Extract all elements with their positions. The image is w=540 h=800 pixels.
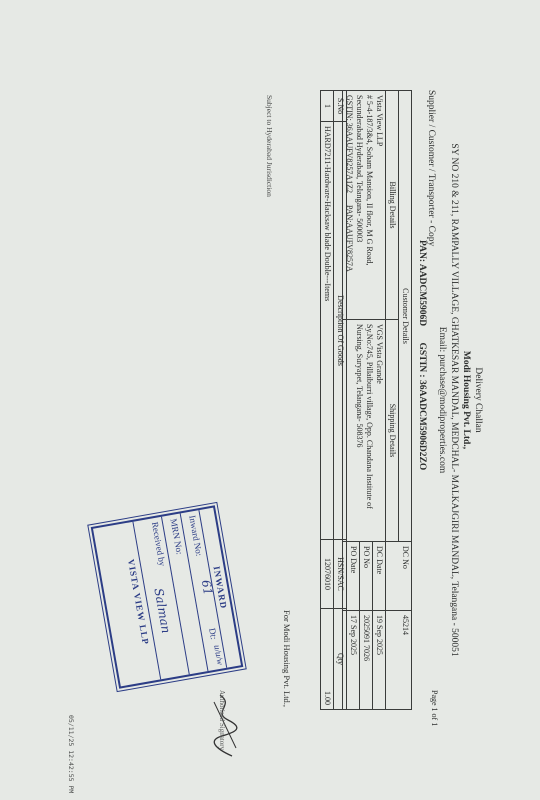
billing-details-header: Billing Details (386, 91, 399, 320)
row-sno: 1 (321, 91, 334, 122)
goods-table: S.No Description Of Goods HSN/SAC Qty 1 … (320, 90, 347, 710)
dc-date-value: 19 Sep 2025 (373, 611, 386, 710)
print-timestamp: 05/11/25 12:42:55 PM (67, 715, 75, 793)
customer-details-header: Customer Details (399, 91, 412, 542)
row-qty: 1.00 (321, 609, 334, 710)
shipping-details: VGS Vista Grande Sy.No:745, Pillaiburri … (343, 320, 386, 542)
dc-date-label: DC Date (373, 542, 386, 611)
stamp-received-by: Salman (151, 587, 173, 634)
copy-label: Supplier / Customer / Transporter - Copy (426, 90, 436, 246)
jurisdiction-note: Subject to Hyderabad Jurisdiction (265, 95, 274, 197)
dc-no-value: 45214 (386, 611, 412, 710)
row-hsn: 12076010 (321, 540, 334, 609)
pan-gstin-line: PAN: AADCM5906D GSTIN : 36AADCM5906D2ZO (417, 240, 427, 740)
shipping-details-header: Shipping Details (386, 320, 399, 542)
company-gstin: GSTIN : 36AADCM5906D2ZO (417, 342, 427, 470)
company-email: Email: purchase@modiproperties.com (437, 0, 447, 800)
col-description: Description Of Goods (334, 122, 347, 540)
billing-details: Vista View LLP # 5-4-187/3&4, Soham Mans… (343, 91, 386, 320)
row-description: HARD7211-Hardware-Hacksaw blade Double--… (321, 122, 334, 540)
for-company-label: For Modi Housing Pvt. Ltd., (282, 610, 292, 707)
company-name: Modi Housing Pvt. Ltd., (461, 0, 471, 800)
col-hsn: HSN/SAC (334, 540, 347, 609)
authorised-signatory-label: Authorised Signatory (218, 690, 226, 750)
inward-stamp: INWARD Inward No: 61 Dt: u/u/w MRN No: R… (91, 505, 244, 688)
delivery-challan-page: Delivery Challan Modi Housing Pvt. Ltd.,… (0, 0, 540, 800)
po-no-label: PO No (360, 542, 373, 611)
company-pan: PAN: AADCM5906D (417, 240, 427, 326)
company-address: SY NO 210 & 211, RAMPALLY VILLAGE, GHATK… (449, 0, 459, 800)
table-row: 1 HARD7211-Hardware-Hacksaw blade Double… (321, 91, 334, 710)
stamp-inward-no: 61 (199, 579, 215, 596)
details-table: Customer Details DC No 45214 Billing Det… (342, 90, 412, 710)
col-qty: Qty (334, 609, 347, 710)
page-number: Page 1 of 1 (430, 690, 439, 726)
document-title: Delivery Challan (473, 0, 483, 800)
col-sno: S.No (334, 91, 347, 122)
dc-no-label: DC No (386, 542, 412, 611)
po-no-value: 2025091 7026 (360, 611, 373, 710)
